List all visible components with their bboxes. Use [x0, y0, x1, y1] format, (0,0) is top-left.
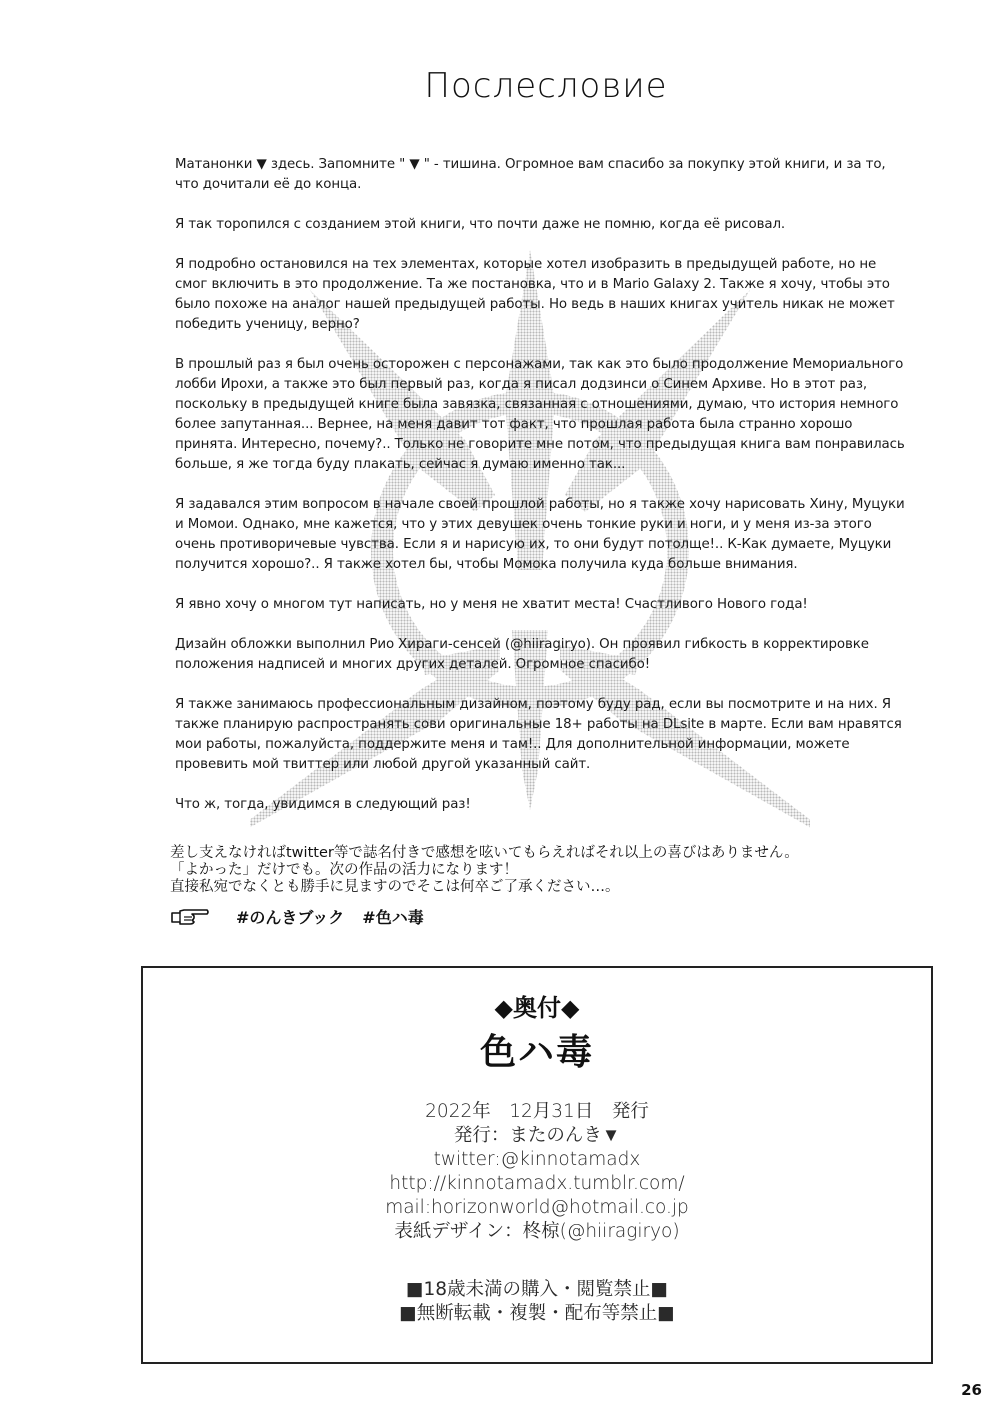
afterword-paragraph: Дизайн обложки выполнил Рио Хираги-сенсе…	[175, 635, 905, 675]
page-title: Послесловие	[0, 66, 1000, 106]
afterword-paragraph: В прошлый раз я был очень осторожен с пе…	[175, 355, 905, 475]
colophon-box: ◆奥付◆ 色ハ毒 2022年 12月31日 発行 発行：またのんき▼ twitt…	[141, 966, 933, 1364]
copy-restriction: ■無断転載・複製・配布等禁止■	[143, 1302, 931, 1326]
afterword-paragraph: Я также занимаюсь профессиональным дизай…	[175, 695, 905, 775]
cover-design-credit: 表紙デザイン：柊椋(@hiiragiryo)	[143, 1220, 931, 1244]
hashtag: #のんきブック	[236, 905, 344, 928]
publish-date: 2022年 12月31日 発行	[143, 1100, 931, 1124]
manga-afterword-page: Послесловие Матанонки ▼ здесь. Запомните…	[0, 0, 1000, 1415]
website-url: http://kinnotamadx.tumblr.com/	[143, 1172, 931, 1196]
pointing-hand-icon	[170, 907, 210, 927]
age-restriction: ■18歳未満の購入・閲覧禁止■	[143, 1278, 931, 1302]
publisher: 発行：またのんき▼	[143, 1124, 931, 1148]
email-address: mail:horizonworld@hotmail.co.jp	[143, 1196, 931, 1220]
restriction-notices: ■18歳未満の購入・閲覧禁止■ ■無断転載・複製・配布等禁止■	[143, 1278, 931, 1326]
hashtag: #色ハ毒	[362, 905, 423, 928]
note-line: 直接私宛でなくとも勝手に見ますのでそこは何卒ご了承ください…。	[170, 879, 940, 896]
afterword-paragraph: Матанонки ▼ здесь. Запомните " ▼ " - тиш…	[175, 155, 905, 195]
note-line: 「よかった」だけでも。次の作品の活力になります！	[170, 862, 940, 879]
note-line: 差し支えなければtwitter等で誌名付きで感想を呟いてもらえればそれ以上の喜び…	[170, 845, 940, 862]
colophon-heading: ◆奥付◆	[143, 988, 931, 1023]
japanese-note: 差し支えなければtwitter等で誌名付きで感想を呟いてもらえればそれ以上の喜び…	[170, 845, 940, 896]
page-number: 26	[961, 1381, 982, 1399]
afterword-text: Матанонки ▼ здесь. Запомните " ▼ " - тиш…	[175, 155, 905, 835]
afterword-paragraph: Я задавался этим вопросом в начале своей…	[175, 495, 905, 575]
book-title: 色ハ毒	[143, 1024, 931, 1075]
afterword-paragraph: Я подробно остановился на тех элементах,…	[175, 255, 905, 335]
twitter-handle: twitter:@kinnotamadx	[143, 1148, 931, 1172]
afterword-paragraph: Я явно хочу о многом тут написать, но у …	[175, 595, 905, 615]
publication-info: 2022年 12月31日 発行 発行：またのんき▼ twitter:@kinno…	[143, 1100, 931, 1244]
afterword-paragraph: Что ж, тогда, увидимся в следующий раз!	[175, 795, 905, 815]
hashtag-row: #のんきブック #色ハ毒	[170, 905, 442, 928]
afterword-paragraph: Я так торопился с созданием этой книги, …	[175, 215, 905, 235]
